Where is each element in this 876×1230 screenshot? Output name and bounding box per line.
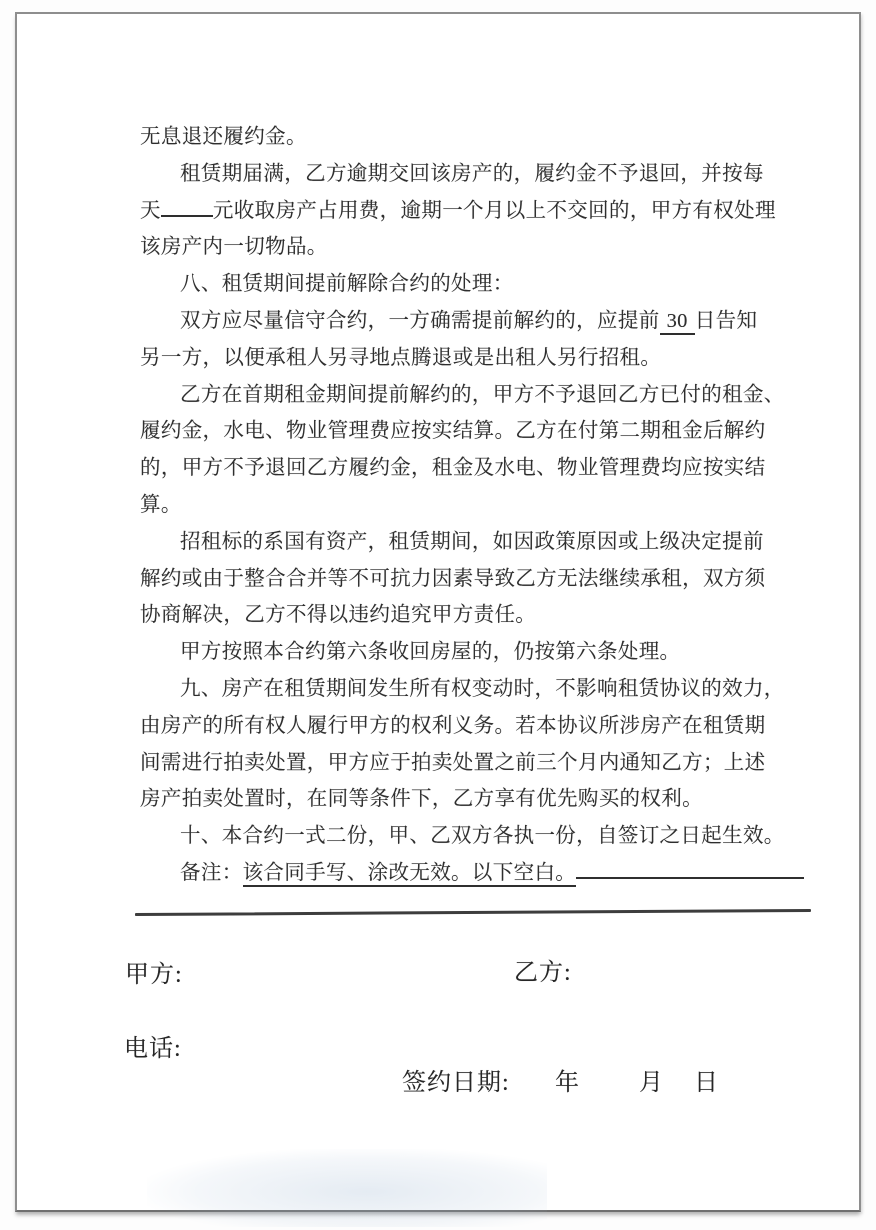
sign-date-label: 签约日期: [402,1062,510,1097]
contract-line: 招租标的系国有资产，租赁期间，如因政策原因或上级决定提前 [140,524,820,561]
contract-line: 租赁期届满，乙方逾期交回该房产的，履约金不予退回，并按每 [140,156,820,193]
contract-line: 由房产的所有权人履行甲方的权利义务。若本协议所涉房产在租赁期 [140,708,820,745]
contract-line: 另一方，以便承租人另寻地点腾退或是出租人另行招租。 [140,340,820,377]
contract-line: 双方应尽量信守合约，一方确需提前解约的，应提前30日告知 [140,303,820,340]
line-text: 日告知 [695,310,758,332]
contract-line: 甲方按照本合约第六条收回房屋的，仍按第六条处理。 [140,634,820,671]
contract-line: 履约金，水电、物业管理费应按实结算。乙方在付第二期租金后解约 [140,413,820,450]
contract-line: 乙方在首期租金期间提前解约的，甲方不予退回乙方已付的租金、 [140,377,820,414]
days-value-underlined: 30 [660,310,695,335]
contract-line: 无息退还履约金。 [140,119,820,156]
contract-line: 天元收取房产占用费，逾期一个月以上不交回的，甲方有权处理 [140,193,820,230]
blank-underline [161,194,213,217]
contract-line: 该房产内一切物品。 [140,229,820,266]
party-b-label: 乙方: [514,952,572,987]
contract-line: 解约或由于整合合并等不可抗力因素导致乙方无法继续承租，双方须 [140,561,820,598]
section-divider-line [135,909,811,916]
line-text: 双方应尽量信守合约，一方确需提前解约的，应提前 [180,310,660,332]
contract-remark-line: 备注：该合同手写、涂改无效。以下空白。 [140,855,820,892]
contract-line: 协商解决，乙方不得以违约追究甲方责任。 [140,597,820,634]
contract-clause-9-line: 九、房产在租赁期间发生所有权变动时，不影响租赁协议的效力， [140,671,820,708]
contract-line: 算。 [140,487,820,524]
year-label: 年 [555,1062,580,1097]
scan-smudge-artifact [147,1149,547,1227]
scanned-document: 无息退还履约金。 租赁期届满，乙方逾期交回该房产的，履约金不予退回，并按每 天元… [0,0,876,1230]
remark-underline-extension [576,857,804,878]
phone-label: 电话: [124,1028,182,1063]
day-label: 日 [694,1062,719,1097]
party-a-label: 甲方: [125,954,183,989]
contract-clause-8-heading: 八、租赁期间提前解除合约的处理： [140,266,820,303]
line-text: 天 [140,200,161,222]
contract-line: 的，甲方不予退回乙方履约金，租金及水电、物业管理费均应按实结 [140,450,820,487]
contract-line: 房产拍卖处置时，在同等条件下，乙方享有优先购买的权利。 [140,781,820,818]
remark-label: 备注： [180,862,243,884]
contract-clause-10-line: 十、本合约一式二份，甲、乙双方各执一份，自签订之日起生效。 [140,818,820,855]
month-label: 月 [639,1062,664,1097]
remark-underlined-text: 该合同手写、涂改无效。以下空白。 [243,862,577,887]
contract-line: 间需进行拍卖处置，甲方应于拍卖处置之前三个月内通知乙方；上述 [140,745,820,782]
contract-body: 无息退还履约金。 租赁期届满，乙方逾期交回该房产的，履约金不予退回，并按每 天元… [140,119,820,892]
paper-page: 无息退还履约金。 租赁期届满，乙方逾期交回该房产的，履约金不予退回，并按每 天元… [15,12,861,1212]
line-text: 元收取房产占用费，逾期一个月以上不交回的，甲方有权处理 [213,200,776,222]
